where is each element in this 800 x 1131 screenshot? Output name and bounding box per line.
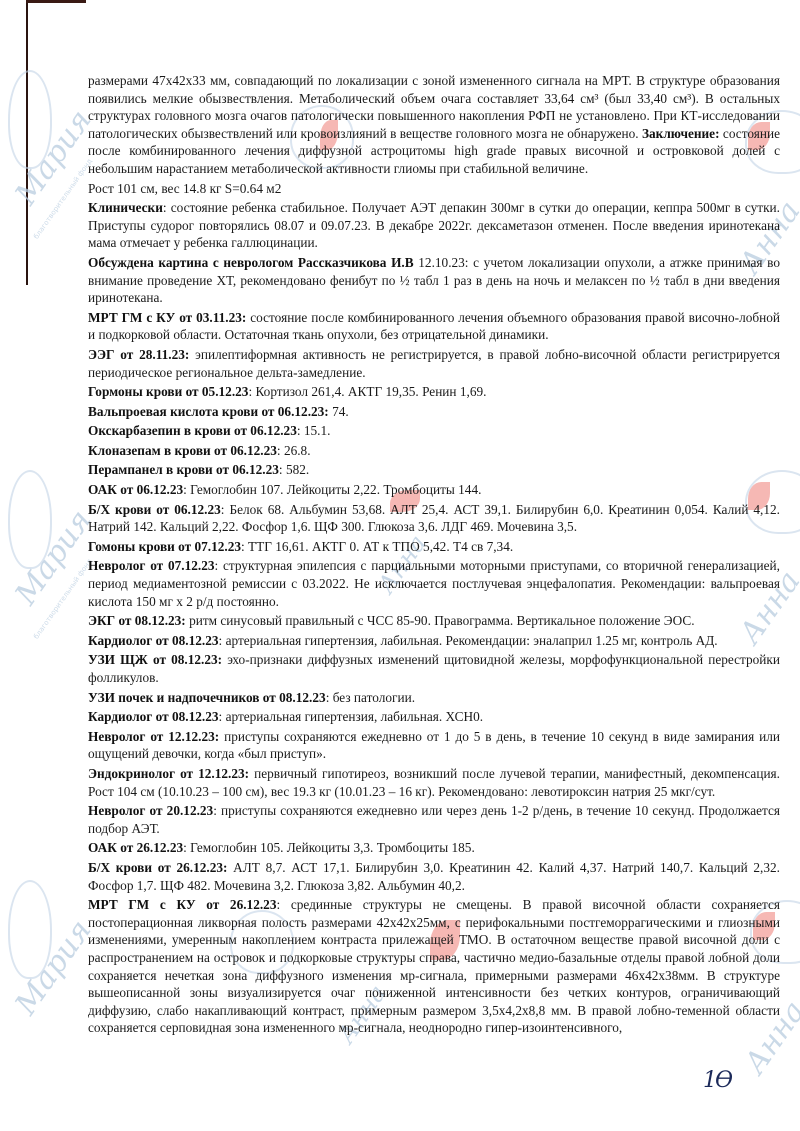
section-label: Невролог от 07.12.23 — [88, 558, 215, 573]
document-paragraph: Рост 101 см, вес 14.8 кг S=0.64 м2 — [88, 180, 780, 198]
section-label: Заключение: — [642, 126, 720, 141]
signature: 1Ѳ — [703, 1068, 731, 1093]
document-paragraph: Б/Х крови от 26.12.23: АЛТ 8,7. АСТ 17,1… — [88, 859, 780, 894]
document-paragraph: Обсуждена картина с неврологом Рассказчи… — [88, 254, 780, 307]
section-text: : 582. — [279, 462, 309, 477]
section-label: УЗИ почек и надпочечников от 08.12.23 — [88, 690, 326, 705]
section-label: Окскарбазепин в крови от 06.12.23 — [88, 423, 297, 438]
section-label: Вальпроевая кислота крови от 06.12.23: — [88, 404, 329, 419]
watermark-text: Мария — [8, 104, 98, 212]
section-text: : 26.8. — [277, 443, 311, 458]
section-label: ОАК от 06.12.23 — [88, 482, 183, 497]
document-paragraph: Кардиолог от 08.12.23: артериальная гипе… — [88, 708, 780, 726]
section-text: ритм синусовый правильный с ЧСС 85-90. П… — [186, 613, 695, 628]
section-label: Гормоны крови от 05.12.23 — [88, 384, 248, 399]
document-paragraph: ОАК от 26.12.23: Гемоглобин 105. Лейкоци… — [88, 839, 780, 857]
section-label: Б/Х крови от 26.12.23: — [88, 860, 227, 875]
section-label: ЭКГ от 08.12.23: — [88, 613, 186, 628]
section-text: : срединные структуры не смещены. В прав… — [88, 897, 780, 1035]
section-label: Обсуждена картина с неврологом Рассказчи… — [88, 255, 414, 270]
document-paragraph: Невролог от 12.12.23: приступы сохраняют… — [88, 728, 780, 763]
section-label: Б/Х крови от 06.12.23 — [88, 502, 221, 517]
watermark-caption: благотворительный фонд — [32, 157, 94, 240]
section-label: Гомоны крови от 07.12.23 — [88, 539, 241, 554]
scan-edge-line — [26, 0, 86, 3]
document-paragraph: Кардиолог от 08.12.23: артериальная гипе… — [88, 632, 780, 650]
section-label: ОАК от 26.12.23 — [88, 840, 183, 855]
document-paragraph: УЗИ почек и надпочечников от 08.12.23: б… — [88, 689, 780, 707]
section-label: МРТ ГМ с КУ от 03.11.23: — [88, 310, 246, 325]
section-text: эпилептиформная активность не регистриру… — [88, 347, 780, 380]
section-label: Клинически — [88, 200, 163, 215]
document-paragraph: Б/Х крови от 06.12.23: Белок 68. Альбуми… — [88, 501, 780, 536]
section-label: Эндокринолог от 12.12.23: — [88, 766, 249, 781]
watermark-caption: благотворительный фонд — [32, 557, 94, 640]
document-paragraph: Клоназепам в крови от 06.12.23: 26.8. — [88, 442, 780, 460]
section-label: Кардиолог от 08.12.23 — [88, 633, 219, 648]
section-label: Клоназепам в крови от 06.12.23 — [88, 443, 277, 458]
document-paragraph: ЭКГ от 08.12.23: ритм синусовый правильн… — [88, 612, 780, 630]
section-text: : состояние ребенка стабильное. Получает… — [88, 200, 780, 250]
section-label: УЗИ ЩЖ от 08.12.23: — [88, 652, 222, 667]
document-paragraph: Невролог от 07.12.23: структурная эпилеп… — [88, 557, 780, 610]
section-text: Рост 101 см, вес 14.8 кг S=0.64 м2 — [88, 181, 281, 196]
section-label: Невролог от 12.12.23: — [88, 729, 219, 744]
section-text: : Кортизол 261,4. АКТГ 19,35. Ренин 1,69… — [248, 384, 486, 399]
watermark-left-mid: Мария благотворительный фонд — [0, 470, 90, 620]
watermark-text: Мария — [8, 504, 98, 612]
section-text: 74. — [329, 404, 349, 419]
document-paragraph: ЭЭГ от 28.11.23: эпилептиформная активно… — [88, 346, 780, 381]
document-paragraph: УЗИ ЩЖ от 08.12.23: эхо-признаки диффузн… — [88, 651, 780, 686]
document-paragraph: Клинически: состояние ребенка стабильное… — [88, 199, 780, 252]
section-label: Перампанел в крови от 06.12.23 — [88, 462, 279, 477]
document-paragraph: МРТ ГМ с КУ от 03.11.23: состояние после… — [88, 309, 780, 344]
section-text: : артериальная гипертензия, лабильная. Р… — [219, 633, 718, 648]
section-text: : 15.1. — [297, 423, 331, 438]
section-label: Кардиолог от 08.12.23 — [88, 709, 219, 724]
document-paragraph: ОАК от 06.12.23: Гемоглобин 107. Лейкоци… — [88, 481, 780, 499]
document-paragraph: МРТ ГМ с КУ от 26.12.23: срединные струк… — [88, 896, 780, 1037]
document-paragraph: Эндокринолог от 12.12.23: первичный гипо… — [88, 765, 780, 800]
scan-edge-line — [26, 0, 28, 285]
section-text: : Гемоглобин 107. Лейкоциты 2,22. Тромбо… — [183, 482, 481, 497]
document-paragraph: Перампанел в крови от 06.12.23: 582. — [88, 461, 780, 479]
section-text: : Гемоглобин 105. Лейкоциты 3,3. Тромбоц… — [183, 840, 475, 855]
section-text: : ТТГ 16,61. АКТГ 0. АТ к ТПО 5,42. Т4 с… — [241, 539, 513, 554]
section-label: ЭЭГ от 28.11.23: — [88, 347, 189, 362]
section-text: : без патологии. — [326, 690, 415, 705]
watermark-left-bottom: Мария — [0, 880, 90, 1030]
watermark-text: Мария — [8, 914, 98, 1022]
document-paragraph: размерами 47x42x33 мм, совпадающий по ло… — [88, 72, 780, 178]
document-paragraph: Гомоны крови от 07.12.23: ТТГ 16,61. АКТ… — [88, 538, 780, 556]
watermark-left-top: Мария благотворительный фонд — [0, 70, 90, 220]
document-paragraph: Окскарбазепин в крови от 06.12.23: 15.1. — [88, 422, 780, 440]
section-label: МРТ ГМ с КУ от 26.12.23 — [88, 897, 276, 912]
document-body: размерами 47x42x33 мм, совпадающий по ло… — [88, 72, 780, 1039]
section-label: Невролог от 20.12.23 — [88, 803, 213, 818]
document-paragraph: Вальпроевая кислота крови от 06.12.23: 7… — [88, 403, 780, 421]
document-paragraph: Невролог от 20.12.23: приступы сохраняют… — [88, 802, 780, 837]
section-text: : артериальная гипертензия, лабильная. Х… — [219, 709, 484, 724]
document-paragraph: Гормоны крови от 05.12.23: Кортизол 261,… — [88, 383, 780, 401]
